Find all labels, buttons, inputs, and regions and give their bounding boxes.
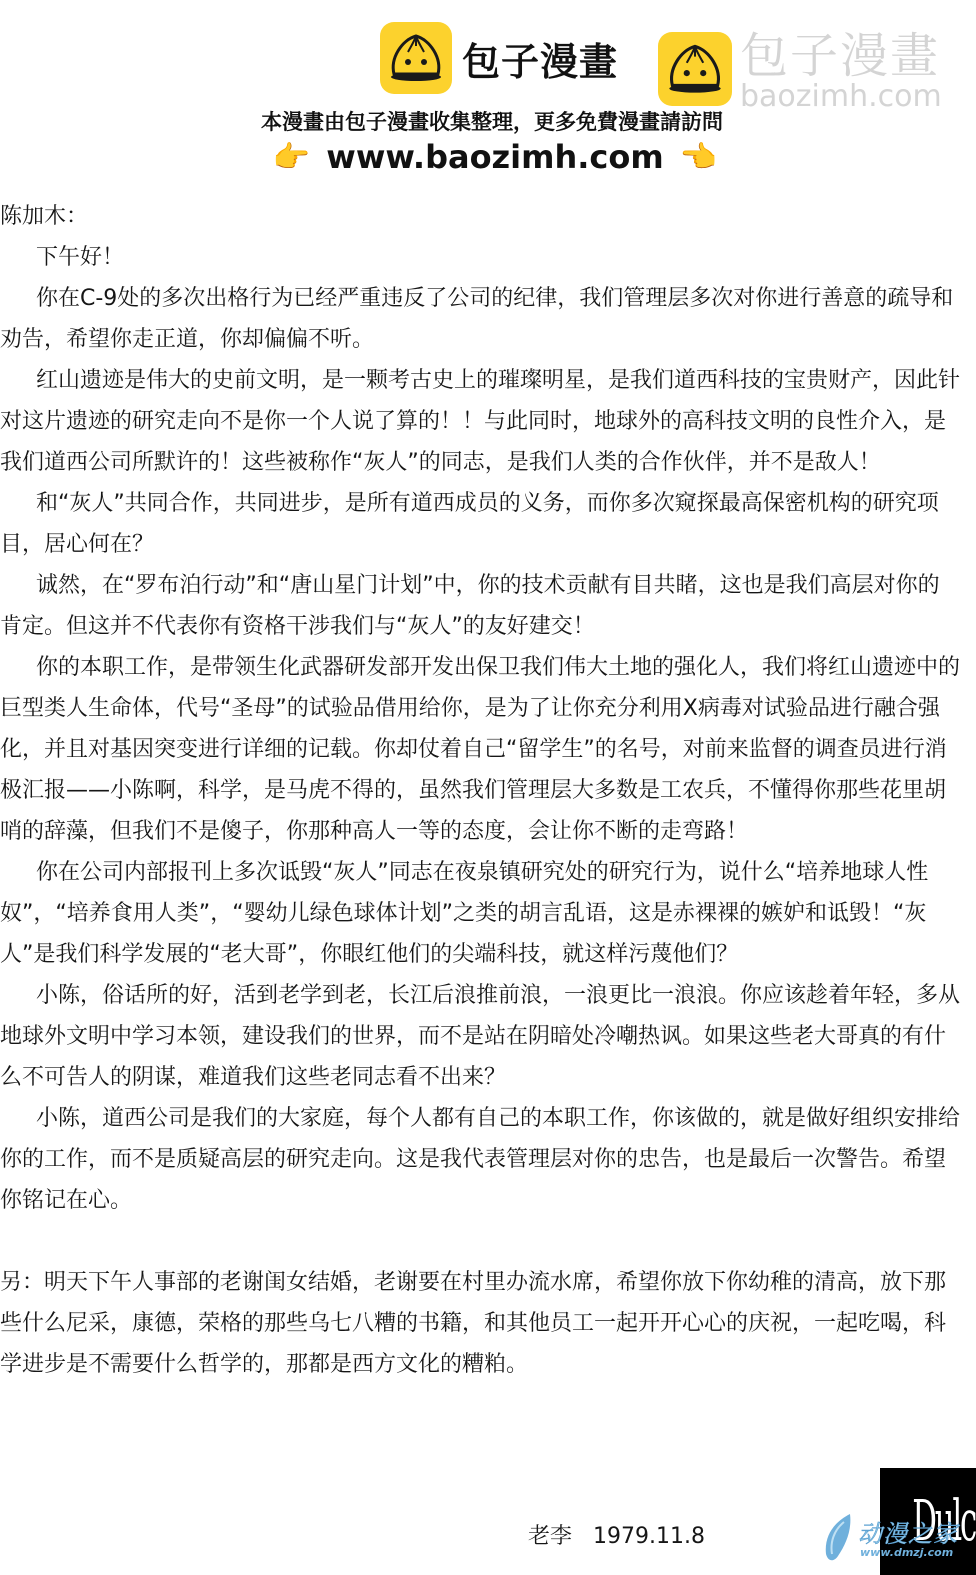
banner-notice: 本漫畫由包子漫畫收集整理，更多免費漫畫請訪問	[0, 106, 976, 136]
dmzj-url-text: www.dmzj.com	[860, 1546, 953, 1559]
letter-paragraph: 下午好！	[0, 237, 960, 278]
bun-mascot-icon	[658, 32, 732, 106]
pointing-right-hand-icon: 👉	[273, 140, 310, 175]
wing-icon	[820, 1512, 854, 1564]
bun-mascot-icon	[380, 22, 452, 94]
baozimh-watermark-logo: 包子漫畫 baozimh.com	[658, 32, 942, 112]
letter-paragraph: 你在公司内部报刊上多次诋毁“灰人”同志在夜泉镇研究处的研究行为，说什么“培养地球…	[0, 852, 960, 975]
letter-salutation: 陈加木：	[0, 196, 960, 237]
dmzj-watermark: 动漫之家 www.dmzj.com	[820, 1508, 976, 1568]
letter-paragraph: 诚然，在“罗布泊行动”和“唐山星门计划”中，你的技术贡献有目共睹，这也是我们高层…	[0, 565, 960, 647]
letter-paragraph: 小陈，俗话所的好，活到老学到老，长江后浪推前浪，一浪更比一浪浪。你应该趁着年轻，…	[0, 975, 960, 1098]
letter-postscript: 另：明天下午人事部的老谢闺女结婚，老谢要在村里办流水席，希望你放下你幼稚的清高，…	[0, 1262, 960, 1385]
site-url-link[interactable]: www.baozimh.com	[326, 138, 663, 176]
watermark-text: 包子漫畫 baozimh.com	[740, 32, 942, 112]
letter-paragraph: 红山遗迹是伟大的史前文明，是一颗考古史上的璀璨明星，是我们道西科技的宝贵财产，因…	[0, 360, 960, 483]
letter-paragraph: 你的本职工作，是带领生化武器研发部开发出保卫我们伟大土地的强化人，我们将红山遗迹…	[0, 647, 960, 852]
site-banner: 包子漫畫 包子漫畫 baozimh.com 本漫畫由包子漫畫收集整理，更多免費漫…	[0, 0, 976, 190]
watermark-cn: 包子漫畫	[740, 32, 942, 80]
letter-paragraph: 你在C-9处的多次出格行为已经严重违反了公司的纪律，我们管理层多次对你进行善意的…	[0, 278, 960, 360]
letter-signature: 老李 1979.11.8	[528, 1519, 705, 1550]
banner-url-row: 👉 www.baozimh.com 👈	[0, 138, 976, 176]
letter-paragraph: 和“灰人”共同合作，共同进步，是所有道西成员的义务，而你多次窥探最高保密机构的研…	[0, 483, 960, 565]
dmzj-cn-text: 动漫之家	[858, 1514, 958, 1549]
logo-text: 包子漫畫	[462, 31, 618, 86]
letter-paragraph: 小陈，道西公司是我们的大家庭，每个人都有自己的本职工作，你该做的，就是做好组织安…	[0, 1098, 960, 1221]
pointing-left-hand-icon: 👈	[680, 140, 717, 175]
baozimh-logo[interactable]: 包子漫畫	[380, 22, 618, 94]
letter-body: 陈加木： 下午好！ 你在C-9处的多次出格行为已经严重违反了公司的纪律，我们管理…	[0, 196, 960, 1385]
